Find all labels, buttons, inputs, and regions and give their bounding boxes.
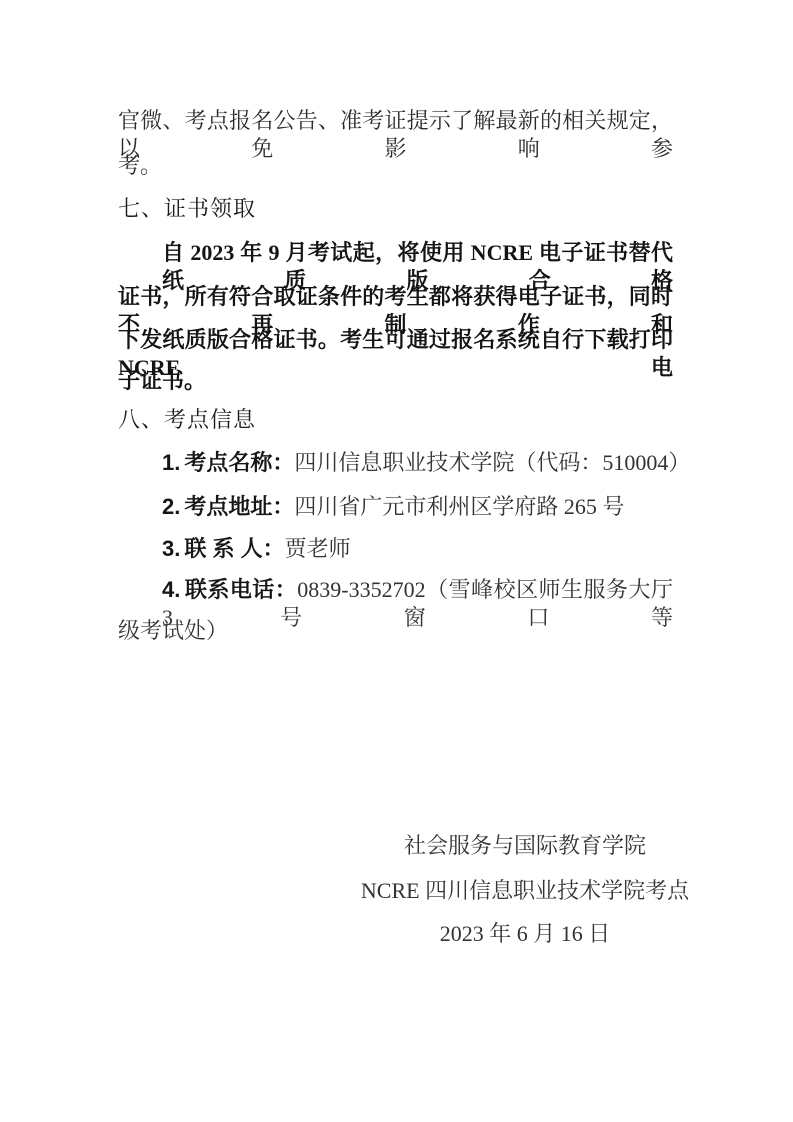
item-label: 考点地址： (184, 494, 294, 519)
signature-org-2: NCRE 四川信息职业技术学院考点 (340, 877, 710, 905)
item-number: 4. (162, 577, 184, 602)
item-number: 2. (162, 494, 184, 519)
item-label: 联 系 人： (184, 536, 284, 561)
item-label: 考点名称： (184, 450, 294, 475)
signature-date: 2023 年 6 月 16 日 (340, 920, 710, 948)
item-label: 联系电话： (184, 577, 297, 602)
item-value: 级考试处） (118, 618, 228, 643)
document-page: 官微、考点报名公告、准考证提示了解最新的相关规定，以免影响参 考。 七、证书领取… (0, 0, 793, 1122)
item-number: 1. (162, 450, 184, 475)
item-number: 3. (162, 536, 184, 561)
signature-block: 社会服务与国际教育学院 NCRE 四川信息职业技术学院考点 2023 年 6 月… (340, 0, 710, 1122)
signature-org-1: 社会服务与国际教育学院 (340, 832, 710, 860)
